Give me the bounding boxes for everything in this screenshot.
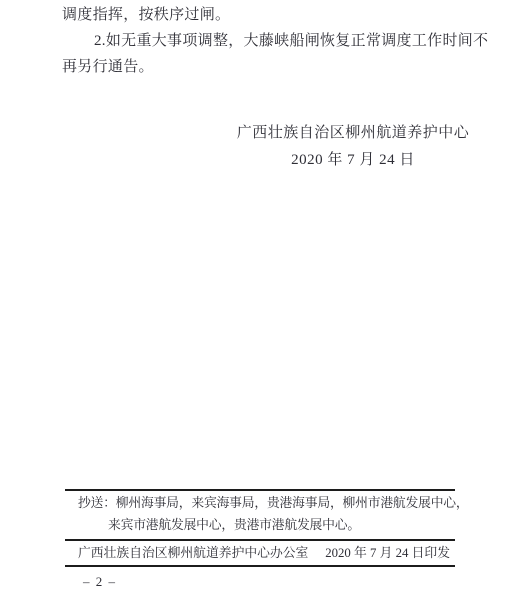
document-page: 调度指挥，按秩序过闸。 2.如无重大事项调整，大藤峡船闸恢复正常调度工作时间不 … bbox=[0, 0, 515, 602]
print-date: 2020 年 7 月 24 日印发 bbox=[325, 543, 450, 563]
signature-date: 2020 年 7 月 24 日 bbox=[225, 147, 481, 174]
cc-block: 抄送：柳州海事局，来宾海事局，贵港海事局，柳州市港航发展中心， 来宾市港航发展中… bbox=[78, 493, 470, 536]
body-line-1: 调度指挥，按秩序过闸。 bbox=[62, 2, 482, 28]
body-line-2: 2.如无重大事项调整，大藤峡船闸恢复正常调度工作时间不 bbox=[62, 28, 482, 54]
document-body: 调度指挥，按秩序过闸。 2.如无重大事项调整，大藤峡船闸恢复正常调度工作时间不 … bbox=[62, 2, 482, 80]
footer-divider-bottom bbox=[65, 565, 455, 567]
cc-line-2: 来宾市港航发展中心，贵港市港航发展中心。 bbox=[78, 515, 470, 537]
signature-org: 广西壮族自治区柳州航道养护中心 bbox=[225, 120, 481, 147]
cc-line-1: 抄送：柳州海事局，来宾海事局，贵港海事局，柳州市港航发展中心， bbox=[78, 493, 470, 515]
footer-divider-top bbox=[65, 489, 455, 491]
body-line-3: 再另行通告。 bbox=[62, 54, 482, 80]
issuer-row: 广西壮族自治区柳州航道养护中心办公室 2020 年 7 月 24 日印发 bbox=[78, 543, 450, 563]
footer-divider-middle bbox=[65, 539, 455, 541]
page-number: – 2 – bbox=[83, 574, 117, 590]
issuer-office: 广西壮族自治区柳州航道养护中心办公室 bbox=[78, 543, 308, 563]
signature-block: 广西壮族自治区柳州航道养护中心 2020 年 7 月 24 日 bbox=[225, 120, 481, 174]
